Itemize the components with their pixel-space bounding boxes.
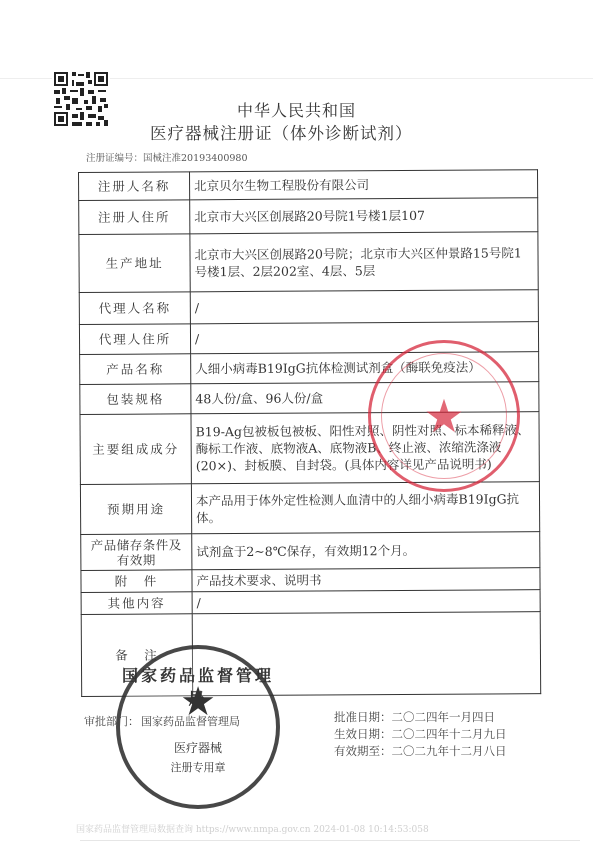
row-label: 包装规格 — [80, 384, 191, 415]
row-label: 附 件 — [81, 570, 192, 593]
attachments: 产品技术要求、说明书 — [192, 568, 540, 592]
row-label: 代理人名称 — [79, 292, 190, 325]
table-row: 其他内容 / — [81, 590, 540, 615]
table-row: 注册人名称 北京贝尔生物工程股份有限公司 — [79, 170, 538, 201]
production-address: 北京市大兴区创展路20号院；北京市大兴区仲景路15号院1号楼1层、2层202室、… — [190, 232, 538, 292]
certificate-table: 注册人名称 北京贝尔生物工程股份有限公司 注册人住所 北京市大兴区创展路20号院… — [78, 169, 541, 697]
valid-until-date: 有效期至：二〇二九年十二月八日 — [334, 743, 507, 760]
document-title: 医疗器械注册证（体外诊断试剂） — [150, 120, 413, 144]
row-label: 产品名称 — [80, 354, 191, 385]
row-label: 产品储存条件及有效期 — [81, 534, 192, 571]
row-label: 注册人名称 — [79, 172, 190, 201]
package-spec: 48人份/盒、96人份/盒 — [191, 382, 539, 414]
registrant-name: 北京贝尔生物工程股份有限公司 — [190, 170, 538, 200]
approval-department-value: 国家药品监督管理局 — [141, 715, 240, 728]
registrant-address: 北京市大兴区创展路20号院1号楼1层107 — [190, 198, 538, 234]
main-components: B19-Ag包被板包被板、阳性对照、阴性对照、标本稀释液、酶标工作液、底物液A、… — [191, 412, 539, 484]
row-label: 主要组成成分 — [80, 414, 191, 485]
row-label: 预期用途 — [80, 484, 191, 535]
table-row: 包装规格 48人份/盒、96人份/盒 — [80, 382, 539, 415]
footer-divider — [80, 840, 580, 841]
approval-dates: 批准日期：二〇二四年一月四日 生效日期：二〇二四年十二月九日 有效期至：二〇二九… — [334, 709, 507, 760]
effective-date: 生效日期：二〇二四年十二月九日 — [334, 726, 507, 743]
row-label: 生产地址 — [79, 234, 190, 293]
cert-number: 注册证编号：国械注准20193400980 — [86, 150, 248, 164]
table-row: 产品名称 人细小病毒B19IgG抗体检测试剂盒（酶联免疫法） — [80, 352, 539, 385]
document-title-country: 中华人民共和国 — [0, 98, 593, 121]
table-row: 主要组成成分 B19-Ag包被板包被板、阳性对照、阴性对照、标本稀释液、酶标工作… — [80, 412, 539, 485]
official-seal-line1: 医疗器械 — [120, 739, 276, 756]
table-row: 附 件 产品技术要求、说明书 — [81, 568, 540, 593]
agent-address: / — [190, 322, 538, 354]
table-row: 代理人住所 / — [79, 322, 538, 355]
approval-department: 审批部门：国家药品监督管理局 — [84, 713, 242, 729]
storage-conditions: 试剂盒于2~8℃保存，有效期12个月。 — [192, 532, 540, 570]
other-content: / — [192, 590, 540, 614]
table-row: 预期用途 本产品用于体外定性检测人血清中的人细小病毒B19IgG抗体。 — [80, 482, 539, 535]
table-row: 生产地址 北京市大兴区创展路20号院；北京市大兴区仲景路15号院1号楼1层、2层… — [79, 232, 538, 293]
agent-name: / — [190, 290, 538, 324]
table-row: 产品储存条件及有效期 试剂盒于2~8℃保存，有效期12个月。 — [81, 532, 540, 571]
approval-department-label: 审批部门： — [84, 715, 139, 728]
cert-number-label: 注册证编号： — [86, 153, 143, 164]
table-row: 代理人名称 / — [79, 290, 538, 325]
intended-use: 本产品用于体外定性检测人血清中的人细小病毒B19IgG抗体。 — [191, 482, 539, 534]
row-label: 其他内容 — [81, 592, 192, 615]
approval-date: 批准日期：二〇二四年一月四日 — [334, 709, 507, 726]
official-seal-line2: 注册专用章 — [120, 759, 276, 775]
row-label: 代理人住所 — [79, 324, 190, 355]
cert-number-value: 国械注准20193400980 — [143, 153, 248, 164]
product-name: 人细小病毒B19IgG抗体检测试剂盒（酶联免疫法） — [191, 352, 539, 384]
footer-watermark: 国家药品监督管理局数据查询 https://www.nmpa.gov.cn 20… — [76, 822, 429, 835]
row-label: 注册人住所 — [79, 200, 190, 235]
table-row: 注册人住所 北京市大兴区创展路20号院1号楼1层107 — [79, 198, 538, 235]
